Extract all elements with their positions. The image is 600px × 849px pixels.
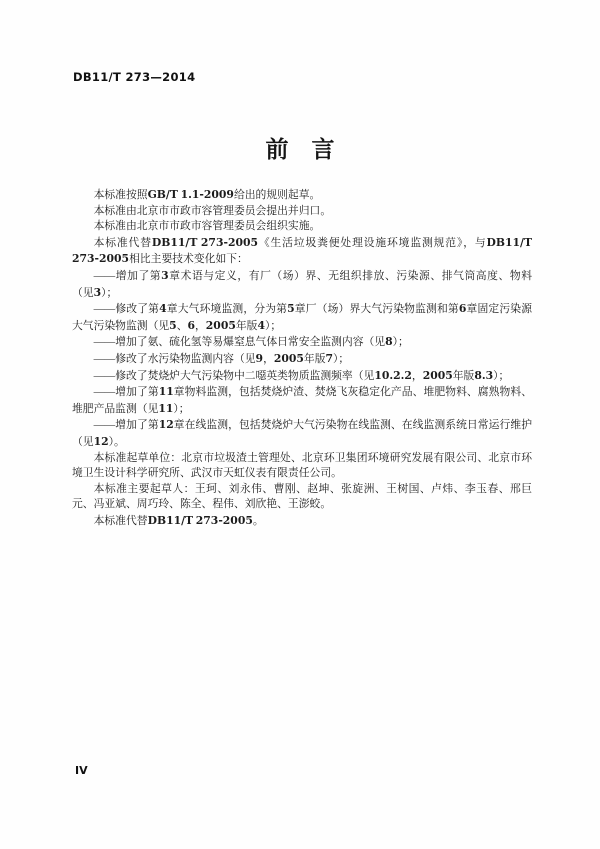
paragraph: 本标准代替DB11/T 273-2005。 [72, 513, 532, 530]
paragraph: ——修改了第4章大气环境监测，分为第5章厂（场）界大气污染物监测和第6章固定污染… [72, 301, 532, 334]
paragraph: ——增加了第3章术语与定义，有厂（场）界、无组织排放、污染源、排气筒高度、物料（… [72, 268, 532, 301]
document-page: DB11/T 273—2014 前 言 本标准按照GB/T 1.1-2009给出… [0, 0, 600, 849]
paragraph: 本标准由北京市市政市容管理委员会组织实施。 [72, 219, 532, 235]
standard-number-header: DB11/T 273—2014 [73, 70, 195, 84]
document-body: 本标准按照GB/T 1.1-2009给出的规则起草。本标准由北京市市政市容管理委… [72, 187, 532, 529]
paragraph: ——增加了氨、硫化氢等易爆窒息气体日常安全监测内容（见8）； [72, 334, 532, 351]
paragraph: 本标准主要起草人：王珂、刘永伟、曹刚、赵坤、张旋洲、王树国、卢炜、李玉春、邢巨元… [72, 482, 532, 513]
page-number: IV [75, 764, 88, 777]
paragraph: 本标准按照GB/T 1.1-2009给出的规则起草。 [72, 187, 532, 204]
paragraph: ——修改了焚烧炉大气污染物中二噁英类物质监测频率（见10.2.2，2005年版8… [72, 368, 532, 385]
page-title: 前 言 [0, 131, 600, 164]
paragraph: ——增加了第12章在线监测，包括焚烧炉大气污染物在线监测、在线监测系统日常运行维… [72, 417, 532, 450]
paragraph: ——修改了水污染物监测内容（见9，2005年版7）； [72, 351, 532, 368]
paragraph: 本标准由北京市市政市容管理委员会提出并归口。 [72, 204, 532, 220]
paragraph: ——增加了第11章物料监测，包括焚烧炉渣、焚烧飞灰稳定化产品、堆肥物料、腐熟物料… [72, 384, 532, 417]
paragraph: 本标准起草单位：北京市垃圾渣土管理处、北京环卫集团环境研究发展有限公司、北京市环… [72, 451, 532, 482]
paragraph: 本标准代替DB11/T 273-2005《生活垃圾粪便处理设施环境监测规范》，与… [72, 235, 532, 268]
